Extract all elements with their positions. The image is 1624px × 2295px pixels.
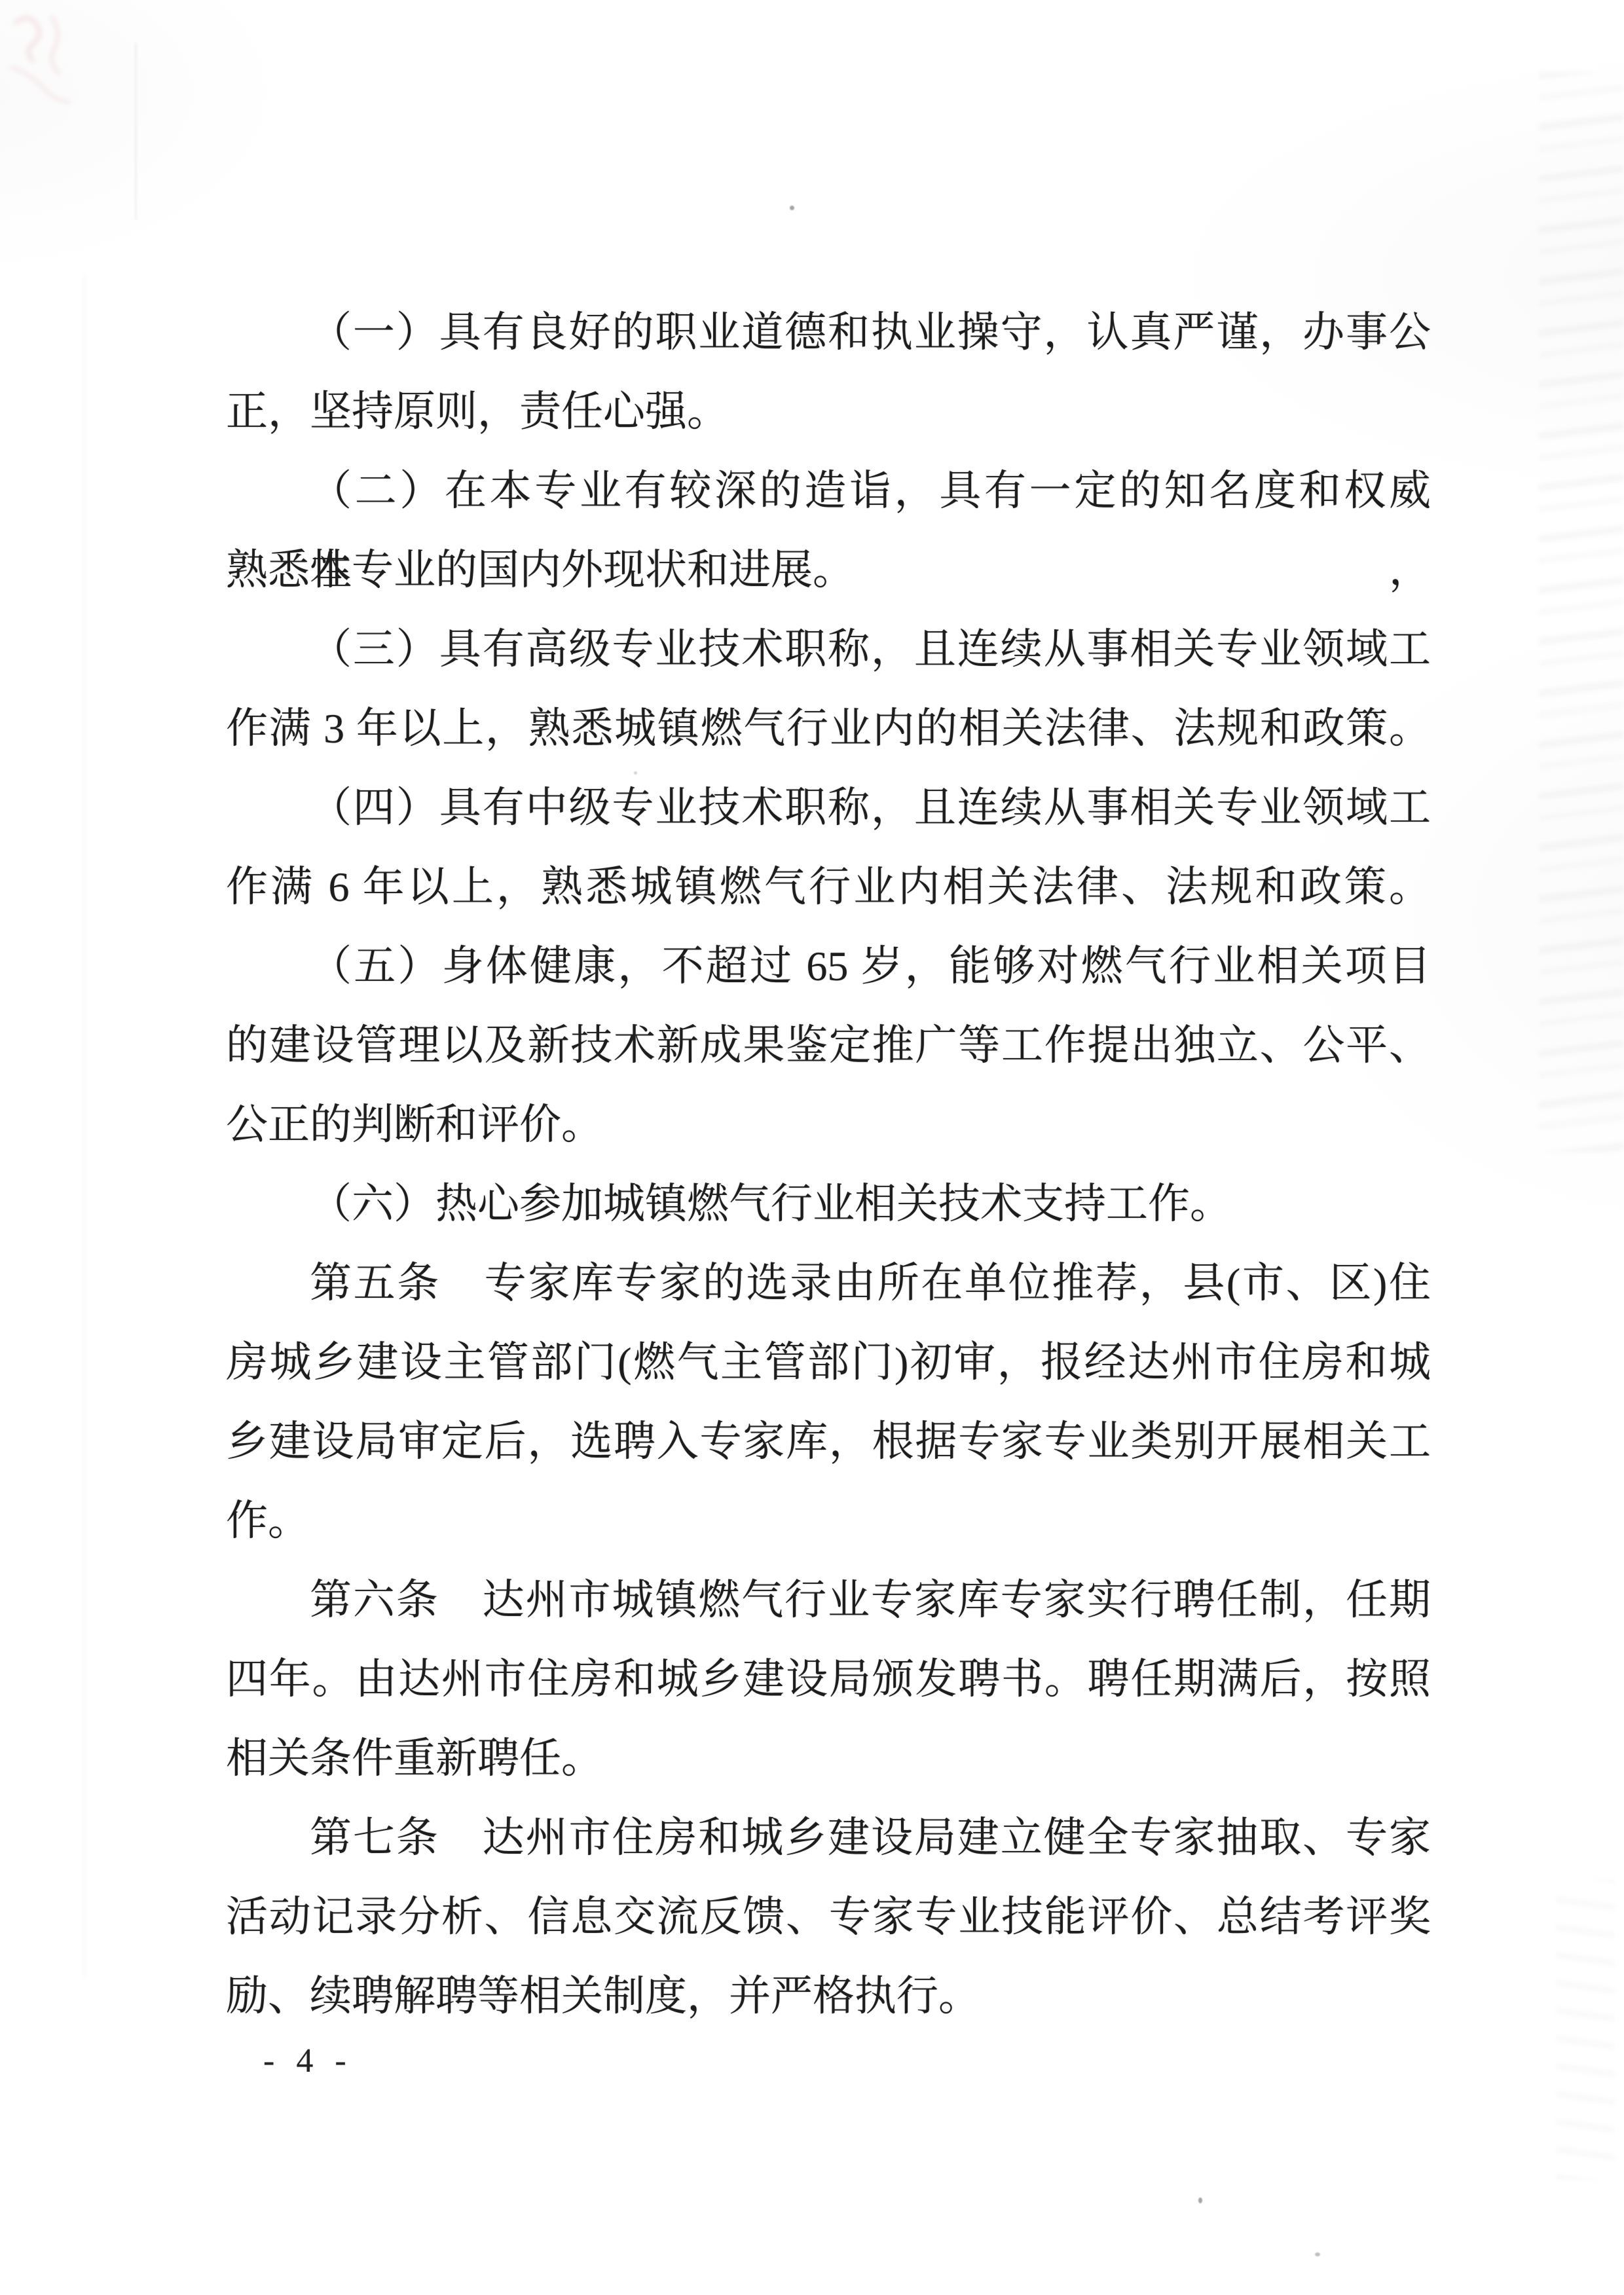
text-line: 活动记录分析、信息交流反馈、专家专业技能评价、总结考评奖 — [226, 1877, 1431, 1956]
text-line: 公正的判断和评价。 — [226, 1085, 1431, 1164]
text-line: 励、续聘解聘等相关制度，并严格执行。 — [226, 1956, 1431, 2036]
text-line: 第六条 达州市城镇燃气行业专家库专家实行聘任制，任期 — [226, 1560, 1431, 1640]
text-line: 四年。由达州市住房和城乡建设局颁发聘书。聘任期满后，按照 — [226, 1640, 1431, 1719]
scan-speck — [790, 206, 794, 210]
text-line: 房城乡建设主管部门(燃气主管部门)初审，报经达州市住房和城 — [226, 1323, 1431, 1402]
scan-pink-scribble — [5, 4, 149, 128]
text-line: 相关条件重新聘任。 — [226, 1719, 1431, 1798]
text-line: 第七条 达州市住房和城乡建设局建立健全专家抽取、专家 — [226, 1798, 1431, 1877]
text-line: （四）具有中级专业技术职称，且连续从事相关专业领域工 — [226, 768, 1431, 847]
scanned-document-page: （一）具有良好的职业道德和执业操守，认真严谨，办事公 正，坚持原则，责任心强。 … — [0, 0, 1624, 2295]
document-body: （一）具有良好的职业道德和执业操守，认真严谨，办事公 正，坚持原则，责任心强。 … — [226, 293, 1431, 2036]
text-line: （五）身体健康，不超过 65 岁，能够对燃气行业相关项目 — [226, 927, 1431, 1006]
scan-smudge-right-lower — [1556, 1879, 1615, 2180]
text-line: 作。 — [226, 1481, 1431, 1560]
page-number: - 4 - — [263, 2042, 353, 2081]
text-line: （三）具有高级专业技术职称，且连续从事相关专业领域工 — [226, 610, 1431, 689]
scan-speck — [1198, 2197, 1202, 2203]
text-line: 作满 6 年以上，熟悉城镇燃气行业内相关法律、法规和政策。 — [226, 847, 1431, 927]
text-line: 的建设管理以及新技术新成果鉴定推广等工作提出独立、公平、 — [226, 1006, 1431, 1085]
text-line: （六）热心参加城镇燃气行业相关技术支持工作。 — [226, 1164, 1431, 1243]
text-line: （二）在本专业有较深的造诣，具有一定的知名度和权威性， — [226, 451, 1431, 530]
scan-streak-top — [135, 43, 137, 220]
text-line: 正，坚持原则，责任心强。 — [226, 372, 1431, 451]
text-line: 作满 3 年以上，熟悉城镇燃气行业内的相关法律、法规和政策。 — [226, 689, 1431, 768]
scan-streak-left — [84, 275, 86, 1977]
text-line: （一）具有良好的职业道德和执业操守，认真严谨，办事公 — [226, 293, 1431, 372]
scan-smudge-right — [1539, 72, 1624, 1152]
scan-speck — [1315, 2252, 1320, 2256]
text-line: 乡建设局审定后，选聘入专家库，根据专家专业类别开展相关工 — [226, 1402, 1431, 1481]
text-line: 第五条 专家库专家的选录由所在单位推荐，县(市、区)住 — [226, 1243, 1431, 1323]
